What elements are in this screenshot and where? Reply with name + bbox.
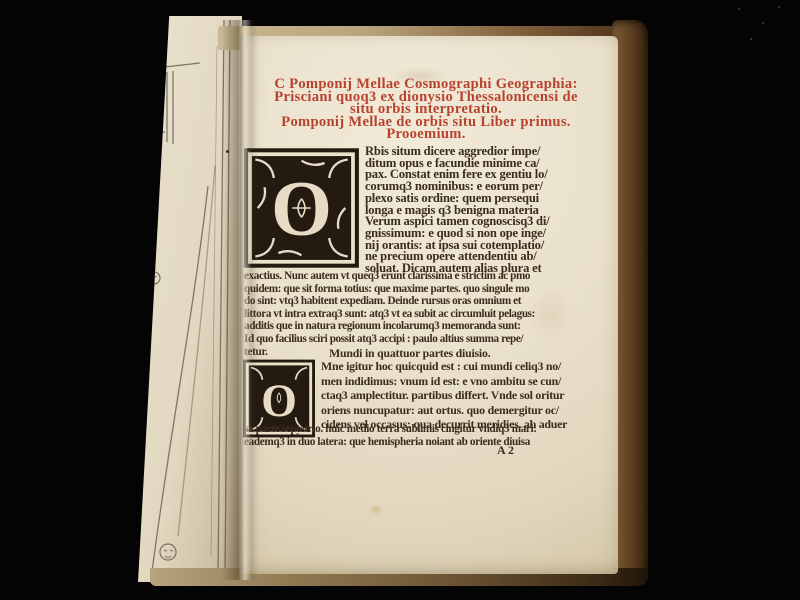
proem-text-column: Rbis situm dicere aggredior impe/ ditum … — [365, 146, 549, 275]
text-line: eademq3 in duo latera: que hemispheria n… — [244, 436, 616, 449]
decorated-initial-O-large: O — [243, 148, 360, 268]
text-line: Mne igitur hoc quicquid est : cui mundi … — [321, 359, 567, 374]
text-line: oriens nuncupatur: aut ortus. quo demerg… — [321, 403, 567, 418]
photo-stage: C Pomponij Mellae Cosmographi Geographia… — [0, 0, 800, 600]
text-line: exactius. Nunc autem vt queq3 erunt clar… — [244, 270, 616, 283]
text-line: sa parte septetrio. huic medio terra sub… — [244, 423, 616, 436]
title-block: C Pomponij Mellae Cosmographi Geographia… — [240, 78, 612, 141]
dust-speck — [778, 6, 780, 8]
mundi-full-width-lines: sa parte septetrio. huic medio terra sub… — [244, 423, 616, 449]
dust-speck — [738, 8, 740, 10]
ink-speck — [296, 433, 299, 436]
page-stain — [368, 504, 384, 515]
page-stain — [390, 66, 450, 86]
dust-speck — [762, 22, 764, 24]
title-line: Prooemium. — [240, 128, 612, 141]
ink-speck — [226, 150, 229, 153]
text-line: ctaq3 amplectitur. partibus differt. Vnd… — [321, 388, 567, 403]
woodcut-diagram — [138, 16, 242, 582]
recto-page: C Pomponij Mellae Cosmographi Geographia… — [240, 36, 618, 574]
text-line: men indidimus: vnum id est: e vno ambitu… — [321, 374, 567, 389]
initial-letter: O — [261, 375, 297, 426]
ink-speck — [247, 148, 250, 151]
page-stain — [528, 286, 572, 342]
signature-mark: A 2 — [497, 443, 514, 458]
proem-paragraph: O Rbis situm dicere aggredior impe/ ditu… — [243, 146, 549, 275]
dust-speck — [750, 38, 752, 40]
facing-page — [138, 16, 242, 582]
